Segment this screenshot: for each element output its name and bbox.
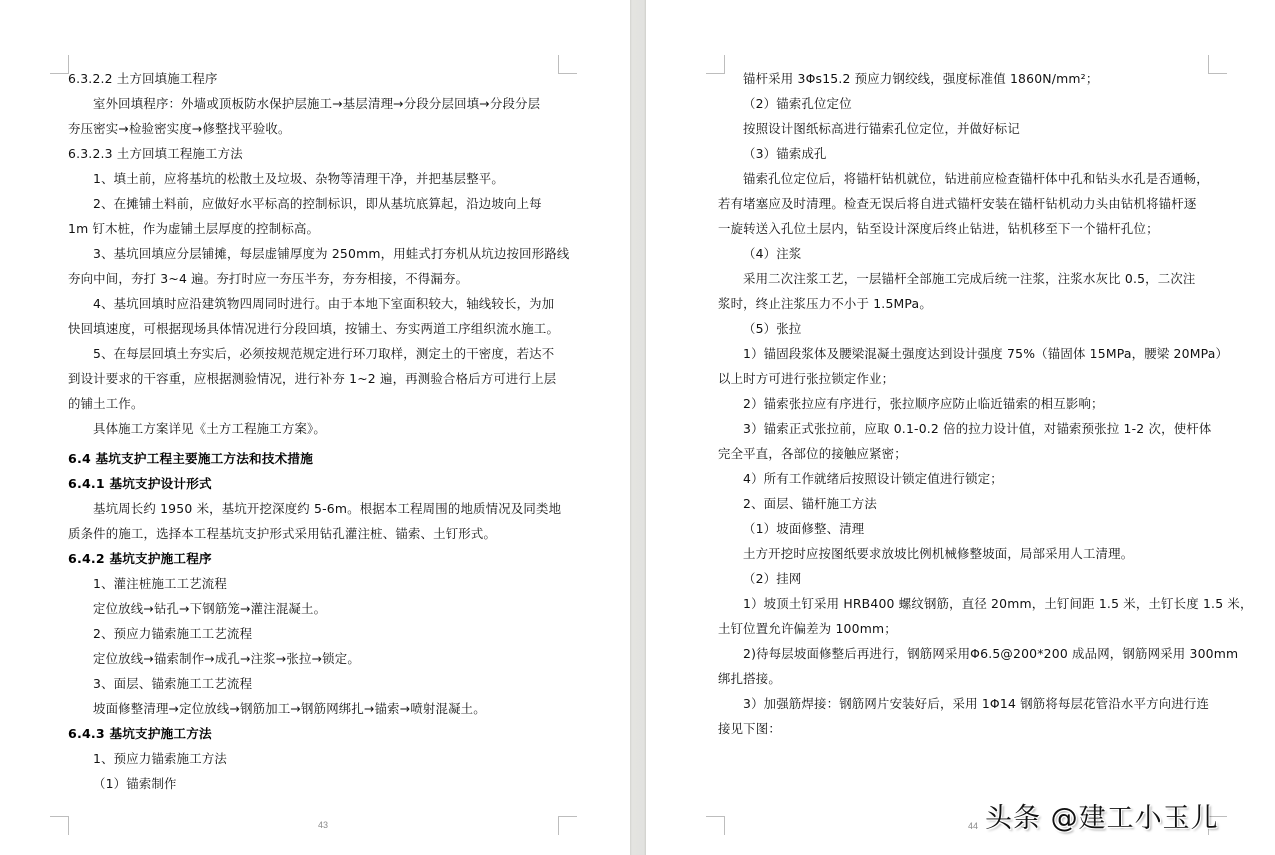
section-heading: 6.4.3 基坑支护施工方法 <box>68 726 212 742</box>
paragraph-line: 质条件的施工，选择本工程基坑支护形式采用钻孔灌注桩、锚索、土钉形式。 <box>68 526 496 542</box>
paragraph-line: 3、面层、锚索施工工艺流程 <box>68 676 252 692</box>
paragraph-line: （4）注浆 <box>718 246 801 262</box>
paragraph-line: 1）坡顶土钉采用 HRB400 螺纹钢筋，直径 20mm，土钉间距 1.5 米，… <box>718 596 1253 612</box>
paragraph-line: 夯向中间，夯打 3~4 遍。夯打时应一夯压半夯，夯夯相接，不得漏夯。 <box>68 271 468 287</box>
paragraph-line: 夯压密实→检验密实度→修整找平验收。 <box>68 121 291 137</box>
paragraph-line: 按照设计图纸标高进行锚索孔位定位，并做好标记 <box>718 121 1020 137</box>
paragraph-line: （2）锚索孔位定位 <box>718 96 852 112</box>
paragraph-line: 1、填土前，应将基坑的松散土及垃圾、杂物等清理干净，并把基层整平。 <box>68 171 504 187</box>
paragraph-line: 完全平直，各部位的接触应紧密； <box>718 446 907 462</box>
paragraph-line: 3、基坑回填应分层铺摊，每层虚铺厚度为 250mm，用蛙式打夯机从坑边按回形路线 <box>68 246 570 262</box>
paragraph-line: 的铺土工作。 <box>68 396 144 412</box>
paragraph-line: 2)待每层坡面修整后再进行，钢筋网采用Φ6.5@200*200 成品网，钢筋网采… <box>718 646 1238 662</box>
paragraph-line: 土方开挖时应按图纸要求放坡比例机械修整坡面，局部采用人工清理。 <box>718 546 1133 562</box>
paragraph-line: 土钉位置允许偏差为 100mm； <box>718 621 897 637</box>
paragraph-line: 定位放线→钻孔→下钢筋笼→灌注混凝土。 <box>68 601 326 617</box>
paragraph-line: 快回填速度，可根据现场具体情况进行分段回填，按铺土、夯实两道工序组织流水施工。 <box>68 321 559 337</box>
paragraph-line: 2）锚索张拉应有序进行，张拉顺序应防止临近锚索的相互影响； <box>718 396 1104 412</box>
paragraph-line: 具体施工方案详见《土方工程施工方案》。 <box>68 421 326 437</box>
paragraph-line: 2、在摊铺土料前，应做好水平标高的控制标识，即从基坑底算起，沿边坡向上每 <box>68 196 542 212</box>
paragraph-line: 浆时，终止注浆压力不小于 1.5MPa。 <box>718 296 932 312</box>
page-body-text: 锚杆采用 3Φs15.2 预应力钢绞线，强度标准值 1860N/mm²；（2）锚… <box>718 0 1212 800</box>
paragraph-line: 绑扎搭接。 <box>718 671 781 687</box>
watermark-text: 头条 @建工小玉儿 <box>985 796 1219 835</box>
paragraph-line: （3）锚索成孔 <box>718 146 827 162</box>
section-heading: 6.3.2.3 土方回填工程施工方法 <box>68 146 243 162</box>
paragraph-line: 一旋转送入孔位土层内，钻至设计深度后终止钻进，钻机移至下一个锚杆孔位； <box>718 221 1159 237</box>
document-page-43: 6.3.2.2 土方回填施工程序室外回填程序：外墙或顶板防水保护层施工→基层清理… <box>0 0 630 855</box>
margin-corner-mark <box>558 55 577 74</box>
paragraph-line: 4、基坑回填时应沿建筑物四周同时进行。由于本地下室面积较大，轴线较长，为加 <box>68 296 554 312</box>
paragraph-line: 1、灌注桩施工工艺流程 <box>68 576 227 592</box>
paragraph-line: 以上时方可进行张拉锁定作业； <box>718 371 894 387</box>
section-heading: 6.4.2 基坑支护施工程序 <box>68 551 212 567</box>
margin-corner-mark <box>50 55 69 74</box>
paragraph-line: 5、在每层回填土夯实后，必须按规范规定进行环刀取样，测定土的干密度，若达不 <box>68 346 554 362</box>
margin-corner-mark <box>558 816 577 835</box>
section-heading: 6.4.1 基坑支护设计形式 <box>68 476 212 492</box>
paragraph-line: 采用二次注浆工艺，一层锚杆全部施工完成后统一注浆，注浆水灰比 0.5，二次注 <box>718 271 1196 287</box>
paragraph-line: 2、面层、锚杆施工方法 <box>718 496 877 512</box>
margin-corner-mark <box>706 816 725 835</box>
paragraph-line: 1m 钉木桩，作为虚铺土层厚度的控制标高。 <box>68 221 319 237</box>
paragraph-line: 定位放线→锚索制作→成孔→注浆→张拉→锁定。 <box>68 651 360 667</box>
paragraph-line: 到设计要求的干容重，应根据测验情况，进行补夯 1~2 遍，再测验合格后方可进行上… <box>68 371 556 387</box>
section-heading: 6.4 基坑支护工程主要施工方法和技术措施 <box>68 451 313 467</box>
paragraph-line: 4）所有工作就绪后按照设计锁定值进行锁定； <box>718 471 1003 487</box>
paragraph-line: （2）挂网 <box>718 571 801 587</box>
paragraph-line: 若有堵塞应及时清理。检查无误后将自进式锚杆安装在锚杆钻机动力头由钻机将锚杆逐 <box>718 196 1196 212</box>
paragraph-line: 锚杆采用 3Φs15.2 预应力钢绞线，强度标准值 1860N/mm²； <box>718 71 1098 87</box>
paragraph-line: （5）张拉 <box>718 321 801 337</box>
page-number: 44 <box>968 821 978 831</box>
paragraph-line: 室外回填程序：外墙或顶板防水保护层施工→基层清理→分段分层回填→分段分层 <box>68 96 540 112</box>
page-body-text: 6.3.2.2 土方回填施工程序室外回填程序：外墙或顶板防水保护层施工→基层清理… <box>68 0 560 800</box>
section-heading: 6.3.2.2 土方回填施工程序 <box>68 71 218 87</box>
margin-corner-mark <box>50 816 69 835</box>
paragraph-line: 1）锚固段浆体及腰梁混凝土强度达到设计强度 75%（锚固体 15MPa，腰梁 2… <box>718 346 1228 362</box>
paragraph-line: 3）锚索正式张拉前，应取 0.1-0.2 倍的拉力设计值，对锚索预张拉 1-2 … <box>718 421 1211 437</box>
paragraph-line: 2、预应力锚索施工工艺流程 <box>68 626 252 642</box>
paragraph-line: （1）坡面修整、清理 <box>718 521 864 537</box>
page-gutter <box>630 0 646 855</box>
paragraph-line: 锚索孔位定位后，将锚杆钻机就位，钻进前应检查锚杆体中孔和钻头水孔是否通畅， <box>718 171 1209 187</box>
paragraph-line: 接见下图： <box>718 721 781 737</box>
paragraph-line: （1）锚索制作 <box>68 776 177 792</box>
paragraph-line: 坡面修整清理→定位放线→钢筋加工→钢筋网绑扎→锚索→喷射混凝土。 <box>68 701 486 717</box>
page-number: 43 <box>318 820 328 830</box>
document-page-44: 锚杆采用 3Φs15.2 预应力钢绞线，强度标准值 1860N/mm²；（2）锚… <box>646 0 1275 855</box>
paragraph-line: 3）加强筋焊接：钢筋网片安装好后，采用 1Φ14 钢筋将每层花管沿水平方向进行连 <box>718 696 1209 712</box>
paragraph-line: 基坑周长约 1950 米，基坑开挖深度约 5-6m。根据本工程周围的地质情况及同… <box>68 501 561 517</box>
paragraph-line: 1、预应力锚索施工方法 <box>68 751 227 767</box>
